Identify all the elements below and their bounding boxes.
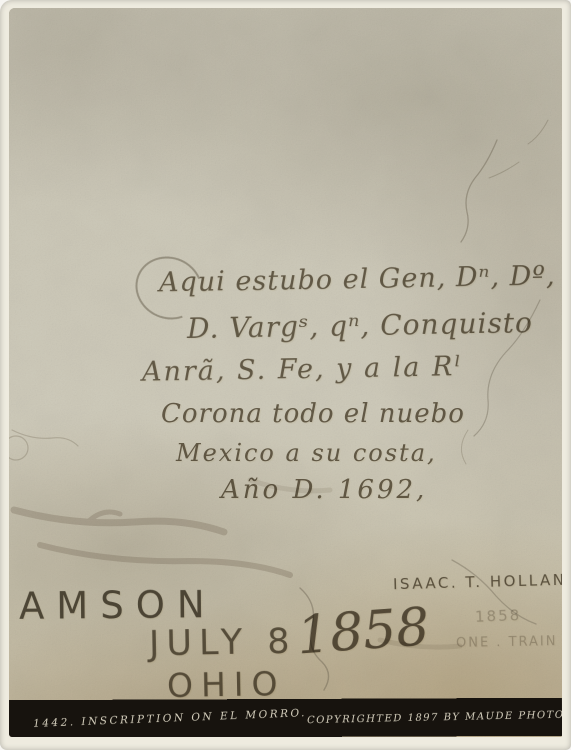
photo-image-area: Aqui estubo el Gen, Dⁿ, Dº, D. Vargˢ, qⁿ… xyxy=(9,8,562,737)
vargas-inscription-line-5: Mexico a su costa, xyxy=(176,439,437,467)
carving-july-8: JULY 8 xyxy=(149,622,297,665)
caption-number-title: 1442. INSCRIPTION ON EL MORRO. xyxy=(33,707,307,730)
caption-copyright: COPYRIGHTED 1897 BY MAUDE PHOTO. xyxy=(307,709,562,726)
carving-amson: AMSON xyxy=(19,583,217,628)
photo-print-border: Aqui estubo el Gen, Dⁿ, Dº, D. Vargˢ, qⁿ… xyxy=(0,0,571,750)
vargas-inscription-line-6: Año D. 1692, xyxy=(221,475,427,505)
carving-faint-train: ONE . TRAIN xyxy=(456,634,558,651)
carving-faint-date: 1858 xyxy=(475,606,522,626)
caption-strip: 1442. INSCRIPTION ON EL MORRO. COPYRIGHT… xyxy=(9,698,562,737)
vargas-inscription-line-2: D. Vargˢ, qⁿ, Conquisto xyxy=(187,306,533,345)
vargas-inscription-line-4: Corona todo el nuebo xyxy=(161,399,465,429)
vargas-inscription-line-3: Anrã, S. Fe, y a la Rˡ xyxy=(142,351,463,388)
photograph-scan: Aqui estubo el Gen, Dⁿ, Dº, D. Vargˢ, qⁿ… xyxy=(0,0,571,750)
carving-1858: 1858 xyxy=(295,597,431,666)
